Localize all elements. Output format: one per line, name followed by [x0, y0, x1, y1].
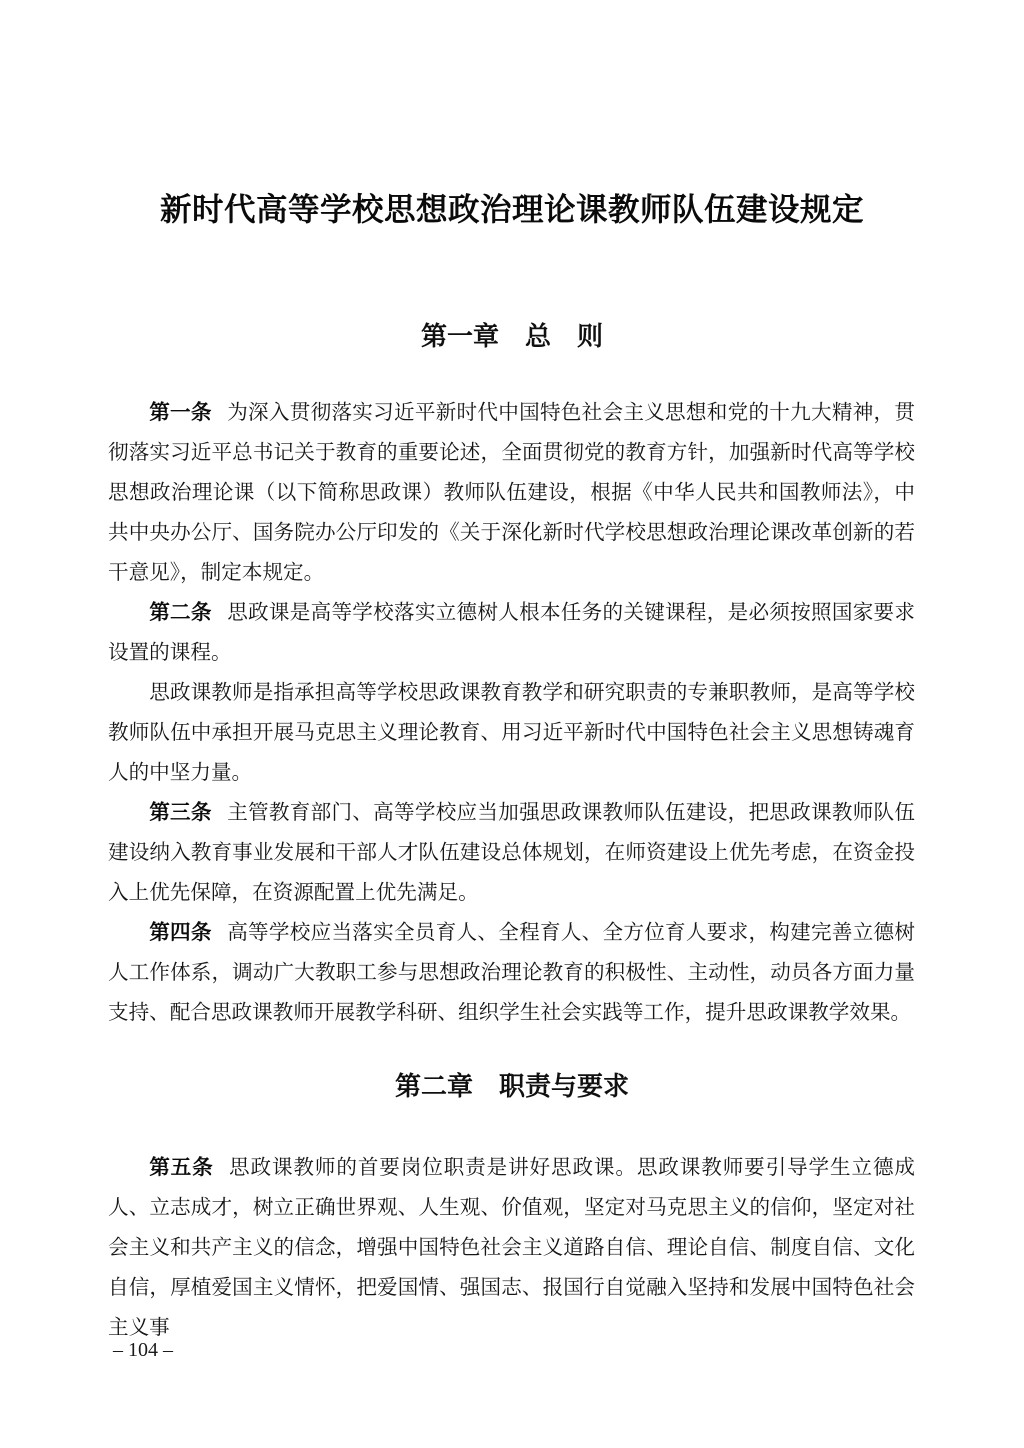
article-5-text: 思政课教师的首要岗位职责是讲好思政课。思政课教师要引导学生立德成人、立志成才，树…	[108, 1157, 915, 1339]
article-2-label: 第二条	[149, 601, 212, 624]
article-3-text: 主管教育部门、高等学校应当加强思政课教师队伍建设，把思政课教师队伍建设纳入教育事…	[108, 802, 915, 904]
article-1-label: 第一条	[149, 401, 212, 424]
article-4-text: 高等学校应当落实全员育人、全程育人、全方位育人要求，构建完善立德树人工作体系，调…	[108, 922, 915, 1024]
article-5-label: 第五条	[149, 1156, 213, 1179]
document-title: 新时代高等学校思想政治理论课教师队伍建设规定	[0, 188, 1024, 230]
article-1-text: 为深入贯彻落实习近平新时代中国特色社会主义思想和党的十九大精神，贯彻落实习近平总…	[108, 402, 915, 584]
chapter-2-heading: 第二章 职责与要求	[0, 1068, 1024, 1104]
article-5-paragraph: 第五条思政课教师的首要岗位职责是讲好思政课。思政课教师要引导学生立德成人、立志成…	[108, 1148, 915, 1348]
chapter-2-body: 第五条思政课教师的首要岗位职责是讲好思政课。思政课教师要引导学生立德成人、立志成…	[108, 1148, 915, 1348]
chapter-1-heading: 第一章 总 则	[0, 318, 1024, 354]
article-2-continuation-text: 思政课教师是指承担高等学校思政课教育教学和研究职责的专兼职教师，是高等学校教师队…	[108, 682, 915, 784]
article-2-text: 思政课是高等学校落实立德树人根本任务的关键课程，是必须按照国家要求设置的课程。	[108, 602, 915, 664]
article-4-label: 第四条	[149, 921, 212, 944]
article-2-continuation-paragraph: 思政课教师是指承担高等学校思政课教育教学和研究职责的专兼职教师，是高等学校教师队…	[108, 673, 915, 793]
article-4-paragraph: 第四条高等学校应当落实全员育人、全程育人、全方位育人要求，构建完善立德树人工作体…	[108, 913, 915, 1033]
article-1-paragraph: 第一条为深入贯彻落实习近平新时代中国特色社会主义思想和党的十九大精神，贯彻落实习…	[108, 393, 915, 593]
chapter-1-body: 第一条为深入贯彻落实习近平新时代中国特色社会主义思想和党的十九大精神，贯彻落实习…	[108, 393, 915, 1033]
page-number: – 104 –	[113, 1336, 173, 1364]
article-2-paragraph: 第二条思政课是高等学校落实立德树人根本任务的关键课程，是必须按照国家要求设置的课…	[108, 593, 915, 673]
article-3-paragraph: 第三条主管教育部门、高等学校应当加强思政课教师队伍建设，把思政课教师队伍建设纳入…	[108, 793, 915, 913]
document-page: 新时代高等学校思想政治理论课教师队伍建设规定 第一章 总 则 第一条为深入贯彻落…	[0, 0, 1024, 1448]
article-3-label: 第三条	[149, 801, 212, 824]
